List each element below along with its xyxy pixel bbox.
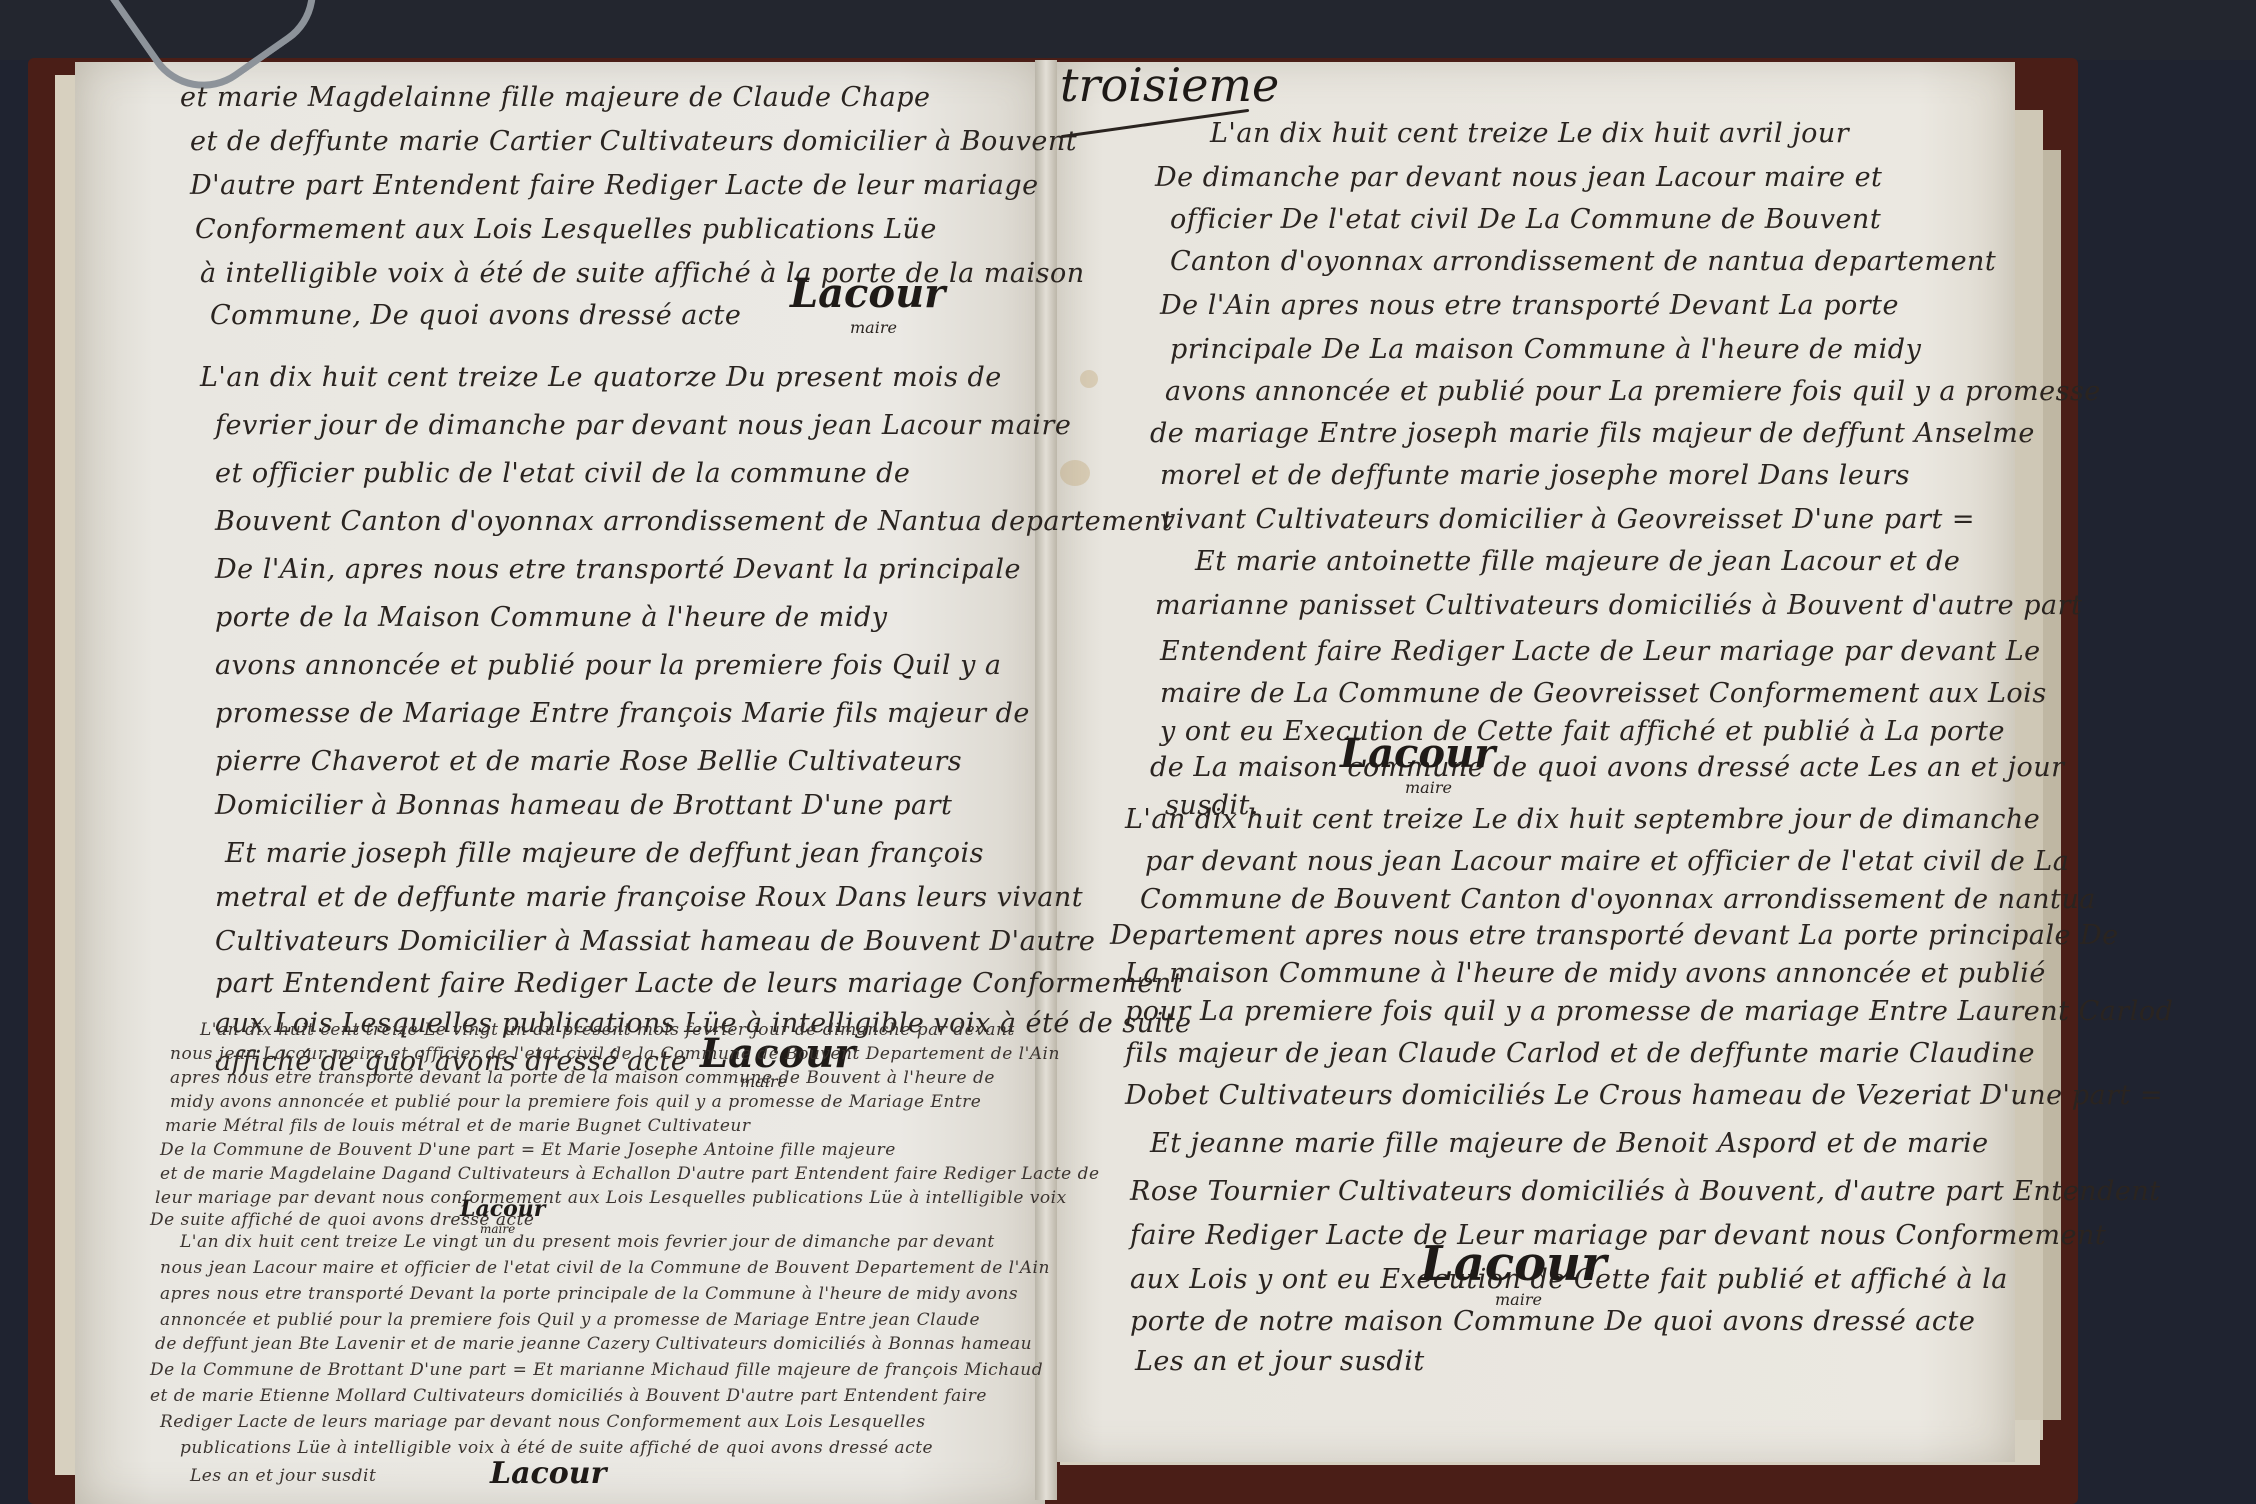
text-line: Commune, De quoi avons dressé acte — [210, 300, 741, 331]
text-line: Departement apres nous etre transporté d… — [1110, 920, 2119, 951]
text-line: Et jeanne marie fille majeure de Benoit … — [1150, 1128, 1989, 1159]
text-line: Et marie antoinette fille majeure de jea… — [1195, 546, 1960, 577]
text-line: nous jean Lacour maire et officier de l'… — [170, 1044, 1060, 1064]
text-line: à intelligible voix à été de suite affic… — [200, 258, 1085, 289]
text-line: morel et de deffunte marie josephe morel… — [1160, 460, 1910, 491]
text-line: leur mariage par devant nous conformemen… — [155, 1188, 1067, 1208]
text-line: Et marie joseph fille majeure de deffunt… — [225, 838, 984, 869]
text-line: De dimanche par devant nous jean Lacour … — [1155, 162, 1882, 193]
text-line: Les an et jour susdit — [190, 1466, 376, 1486]
text-line: avons annoncée et publié pour La premier… — [1165, 376, 2101, 407]
text-line: La maison Commune à l'heure de midy avon… — [1125, 958, 2046, 989]
text-line: maire de La Commune de Geovreisset Confo… — [1160, 678, 2047, 709]
text-line: fevrier jour de dimanche par devant nous… — [215, 410, 1071, 441]
text-line: porte de la Maison Commune à l'heure de … — [215, 602, 888, 633]
text-line: avons annoncée et publié pour la premier… — [215, 650, 1002, 681]
text-line: annoncée et publié pour la premiere fois… — [160, 1310, 980, 1330]
text-line: Conformement aux Lois Lesquelles publica… — [195, 214, 937, 245]
text-line: de mariage Entre joseph marie fils majeu… — [1150, 418, 2035, 449]
page-heading: troisieme — [1060, 58, 1279, 112]
text-line: Les an et jour susdit — [1135, 1346, 1425, 1377]
signature-title: maire — [1495, 1290, 1542, 1309]
text-line: par devant nous jean Lacour maire et off… — [1145, 846, 2069, 877]
text-line: De l'Ain apres nous etre transporté Deva… — [1160, 290, 1899, 321]
text-line: Rose Tournier Cultivateurs domiciliés à … — [1130, 1176, 2161, 1207]
text-line: porte de notre maison Commune De quoi av… — [1130, 1306, 1975, 1337]
text-line: apres nous etre transporté Devant la por… — [160, 1284, 1018, 1304]
mayor-signature: Lacour — [1340, 730, 1495, 777]
text-line: Dobet Cultivateurs domiciliés Le Crous h… — [1125, 1080, 2163, 1111]
mayor-signature: Lacour — [490, 1456, 606, 1491]
text-line: vivant Cultivateurs domicilier à Geovrei… — [1160, 504, 1975, 535]
text-line: et de deffunte marie Cartier Cultivateur… — [190, 126, 1077, 157]
text-line: part Entendent faire Rediger Lacte de le… — [215, 968, 1183, 999]
text-line: de deffunt jean Bte Lavenir et de marie … — [155, 1334, 1032, 1354]
text-line: Bouvent Canton d'oyonnax arrondissement … — [215, 506, 1173, 537]
text-line: Commune de Bouvent Canton d'oyonnax arro… — [1140, 884, 2096, 915]
text-line: pour La premiere fois quil y a promesse … — [1125, 996, 2173, 1027]
text-line: L'an dix huit cent treize Le vingt un du… — [200, 1020, 1015, 1040]
text-line: L'an dix huit cent treize Le vingt un du… — [180, 1232, 995, 1252]
signature-title: maire — [1405, 778, 1452, 797]
text-line: marie Métral fils de louis métral et de … — [165, 1116, 751, 1136]
text-line: Cultivateurs Domicilier à Massiat hameau… — [215, 926, 1095, 957]
text-line: officier De l'etat civil De La Commune d… — [1170, 204, 1881, 235]
text-line: et de marie Etienne Mollard Cultivateurs… — [150, 1386, 987, 1406]
text-line: apres nous etre transporté devant la por… — [170, 1068, 995, 1088]
text-line: fils majeur de jean Claude Carlod et de … — [1125, 1038, 2035, 1069]
text-line: D'autre part Entendent faire Rediger Lac… — [190, 170, 1039, 201]
text-line: promesse de Mariage Entre françois Marie… — [215, 698, 1030, 729]
text-line: y ont eu Execution de Cette fait affiché… — [1160, 716, 2005, 747]
text-line: faire Rediger Lacte de Leur mariage par … — [1130, 1220, 2106, 1251]
text-line: principale De La maison Commune à l'heur… — [1170, 334, 1921, 365]
text-line: L'an dix huit cent treize Le quatorze Du… — [200, 362, 1002, 393]
mayor-signature: Lacour — [790, 270, 945, 317]
text-line: Domicilier à Bonnas hameau de Brottant D… — [215, 790, 952, 821]
text-line: De la Commune de Bouvent D'une part = Et… — [160, 1140, 896, 1160]
backdrop — [0, 0, 2256, 60]
text-line: Rediger Lacte de leurs mariage par devan… — [160, 1412, 926, 1432]
text-line: Canton d'oyonnax arrondissement de nantu… — [1170, 246, 1996, 277]
text-line: de La maison commune de quoi avons dress… — [1150, 752, 2065, 783]
text-line: De l'Ain, apres nous etre transporté Dev… — [215, 554, 1021, 585]
paper-stain — [1060, 460, 1090, 486]
text-line: L'an dix huit cent treize Le dix huit av… — [1210, 118, 1849, 149]
text-line: pierre Chaverot et de marie Rose Bellie … — [215, 746, 962, 777]
mayor-signature: Lacour — [460, 1196, 545, 1222]
signature-title: maire — [850, 318, 897, 337]
text-line: midy avons annoncée et publié pour la pr… — [170, 1092, 981, 1112]
text-line: L'an dix huit cent treize Le dix huit se… — [1125, 804, 2040, 835]
text-line: marianne panisset Cultivateurs domicilié… — [1155, 590, 2082, 621]
text-line: et officier public de l'etat civil de la… — [215, 458, 910, 489]
paper-stain — [1080, 370, 1098, 388]
text-line: et de marie Magdelaine Dagand Cultivateu… — [160, 1164, 1100, 1184]
text-line: et marie Magdelainne fille majeure de Cl… — [180, 82, 930, 113]
text-line: Entendent faire Rediger Lacte de Leur ma… — [1160, 636, 2041, 667]
text-line: nous jean Lacour maire et officier de l'… — [160, 1258, 1050, 1278]
text-line: De la Commune de Brottant D'une part = E… — [150, 1360, 1043, 1380]
mayor-signature: Lacour — [1420, 1236, 1606, 1292]
text-line: metral et de deffunte marie françoise Ro… — [215, 882, 1083, 913]
text-line: publications Lüe à intelligible voix à é… — [180, 1438, 933, 1458]
